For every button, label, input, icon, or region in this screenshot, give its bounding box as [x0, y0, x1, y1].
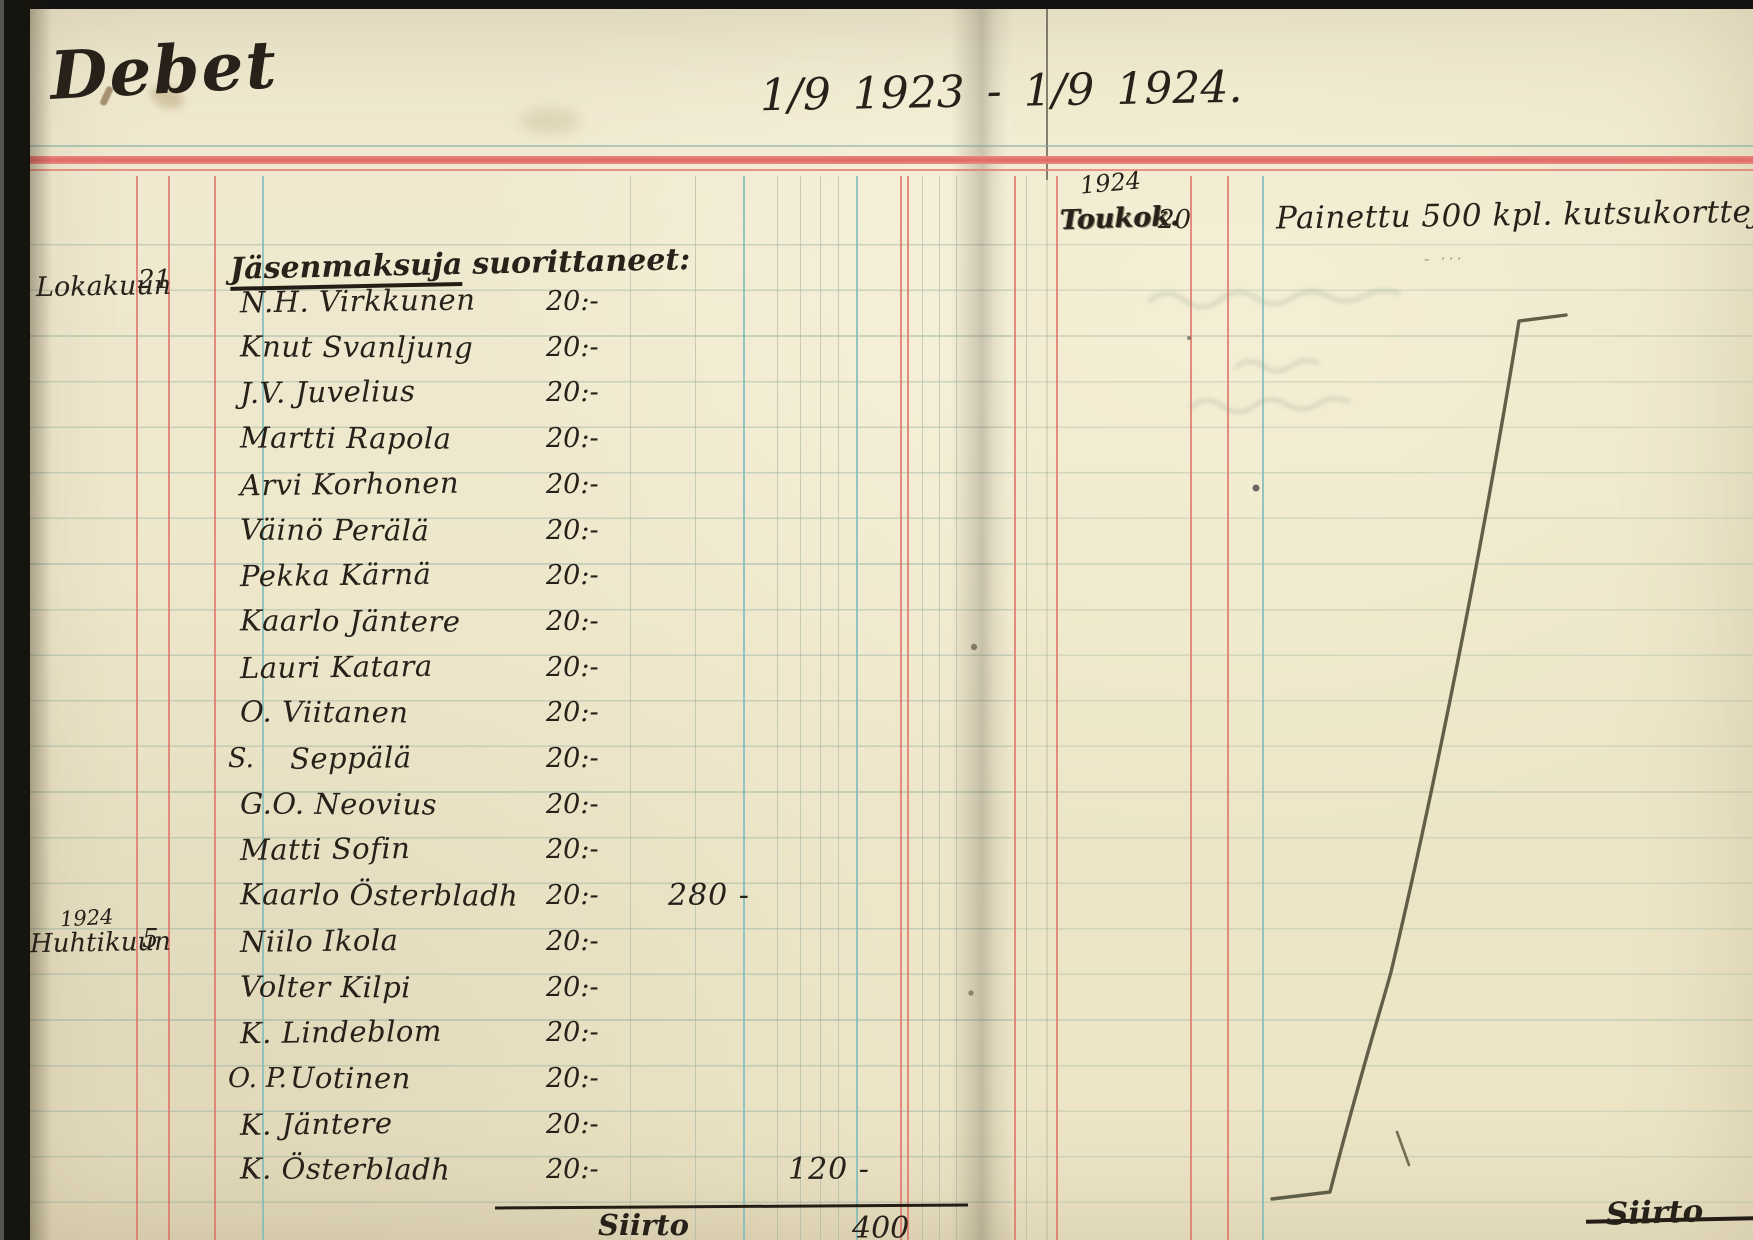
member-amount: 20:- — [546, 515, 599, 546]
carry-label: Siirto — [598, 1210, 689, 1240]
member-amount: 20:- — [546, 286, 599, 317]
member-name: Martti Rapola — [240, 421, 452, 456]
member-name: G.O. Neovius — [240, 786, 437, 821]
member-name: K. Jäntere — [240, 1106, 393, 1142]
member-name: Kaarlo Österbladh — [240, 877, 518, 912]
member-name: K. Lindeblom — [240, 1014, 442, 1050]
member-name: O. Viitanen — [240, 695, 409, 730]
member-name: Uotinen — [290, 1061, 411, 1096]
member-amount: 20:- — [546, 423, 599, 454]
ledger-row: Väinö Perälä 20:- — [0, 512, 1010, 557]
member-amount: 20:- — [546, 606, 599, 637]
column-rule — [1026, 176, 1027, 1240]
column-rule-red — [1014, 176, 1016, 1240]
ledger-row: Kaarlo Jäntere 20:- — [0, 603, 1010, 648]
member-name: Niilo Ikola — [240, 923, 399, 959]
member-amount: 20:- — [546, 652, 599, 683]
ledger-row: O. Viitanen 20:- — [0, 694, 1010, 739]
member-amount: 20:- — [546, 926, 599, 957]
date-day: 20 — [1158, 206, 1191, 235]
member-amount: 20:- — [546, 834, 599, 865]
member-amount: 20:- — [546, 332, 599, 363]
ledger-row: J.V. Juvelius 20:- — [0, 374, 1010, 419]
member-amount: 20:- — [546, 560, 599, 591]
fold-crease — [1046, 180, 1048, 1240]
ledger-row: K. Lindeblom 20:- — [0, 1014, 1010, 1059]
batch-total: 120 - — [788, 1152, 870, 1187]
member-amount: 20:- — [546, 1063, 599, 1094]
ledger-row: K. Österbladh 20:- 120 - — [0, 1151, 1010, 1196]
ledger-row: Volter Kilpi 20:- — [0, 969, 1010, 1014]
carry-label: Siirto — [1605, 1194, 1703, 1231]
carry-amount: 400 — [852, 1212, 909, 1240]
entry-note: Painettu 500 kpl. kutsukortteja — [1276, 194, 1753, 235]
ledger-row: K. Jäntere 20:- — [0, 1106, 1010, 1151]
member-amount: 20:- — [546, 1154, 599, 1185]
ledger-row: Lauri Katara 20:- — [0, 649, 1010, 694]
ledger-scan: Debet 1/9 1923 - 1/9 1924. Lokakuun 21 J… — [0, 0, 1753, 1240]
member-name: K. Österbladh — [240, 1152, 450, 1187]
column-rule-teal — [1262, 176, 1264, 1240]
member-rows: N.H. Virkkunen 20:- Knut Svanljung 20:- … — [0, 0, 1010, 1240]
ledger-row: S. Seppälä 20:- — [0, 740, 1010, 785]
column-rule-red — [1227, 176, 1229, 1240]
ledger-row: Kaarlo Österbladh 20:- 280 - — [0, 877, 1010, 922]
member-name: J.V. Juvelius — [240, 374, 416, 410]
ledger-row: N.H. Virkkunen 20:- — [0, 283, 1010, 328]
member-name: Lauri Katara — [240, 648, 433, 684]
member-amount: 20:- — [546, 972, 599, 1003]
ledger-row: O. P. Uotinen 20:- — [0, 1060, 1010, 1105]
date-day: 5 — [142, 924, 159, 954]
member-name-pencil-prefix: S. — [228, 743, 254, 774]
member-name: Volter Kilpi — [240, 969, 411, 1004]
date-year: 1924 — [1079, 167, 1142, 199]
member-name: Pekka Kärnä — [240, 557, 432, 593]
ledger-row: Matti Sofin 20:- — [0, 831, 1010, 876]
member-amount: 20:- — [546, 1017, 599, 1048]
pencil-marks: - ··· — [1424, 250, 1465, 268]
member-name: Seppälä — [290, 740, 412, 775]
member-name-pencil-prefix: O. P. — [228, 1063, 287, 1094]
batch-total: 280 - — [668, 878, 750, 913]
member-name: Knut Svanljung — [240, 329, 473, 364]
member-name: N.H. Virkkunen — [240, 283, 476, 320]
member-name: Arvi Korhonen — [240, 465, 459, 502]
member-amount: 20:- — [546, 1109, 599, 1140]
member-name: Kaarlo Jäntere — [240, 603, 461, 638]
ledger-row: Pekka Kärnä 20:- — [0, 557, 1010, 602]
ledger-row: 1924 Huhtikuun 5 Niilo Ikola 20:- — [0, 923, 1010, 968]
ledger-row: G.O. Neovius 20:- — [0, 786, 1010, 831]
ledger-row: Arvi Korhonen 20:- — [0, 466, 1010, 511]
member-name: Väinö Perälä — [240, 512, 429, 547]
column-rule-red — [1190, 176, 1192, 1240]
member-name: Matti Sofin — [240, 831, 411, 867]
member-amount: 20:- — [546, 789, 599, 820]
ledger-row: Martti Rapola 20:- — [0, 420, 1010, 465]
member-amount: 20:- — [546, 743, 599, 774]
member-amount: 20:- — [546, 377, 599, 408]
member-amount: 20:- — [546, 469, 599, 500]
column-rule-red — [1056, 176, 1058, 1240]
member-amount: 20:- — [546, 697, 599, 728]
member-amount: 20:- — [546, 880, 599, 911]
ledger-row: Knut Svanljung 20:- — [0, 329, 1010, 374]
